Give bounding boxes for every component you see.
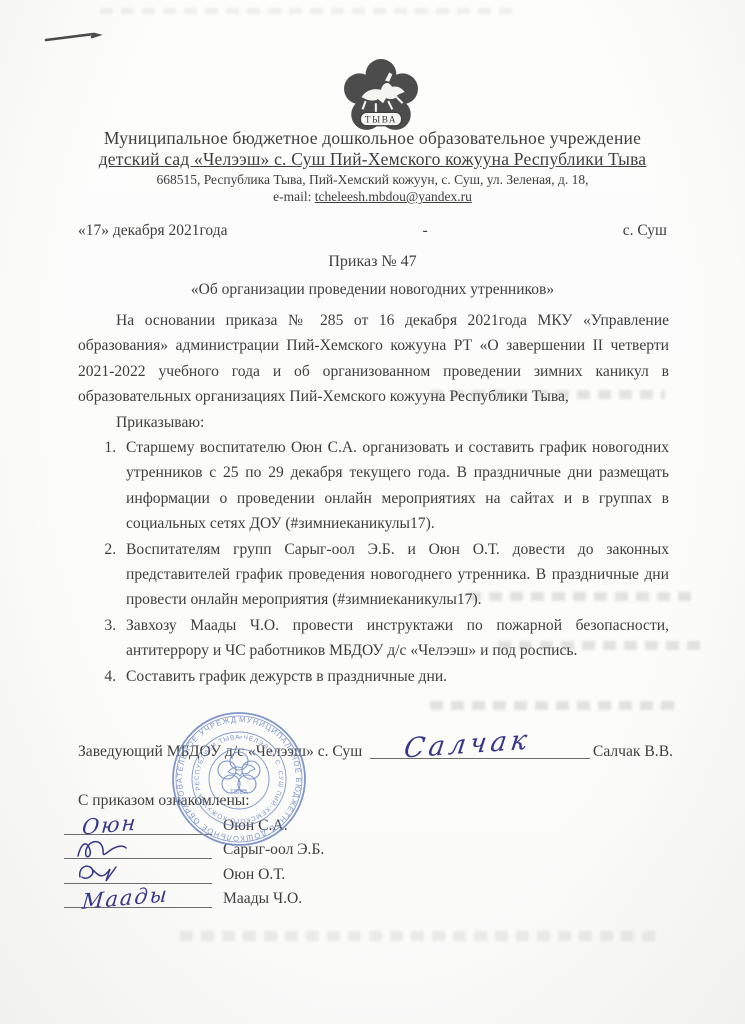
signature-line: Маады <box>64 883 212 909</box>
stamp-center-emblem <box>218 752 260 793</box>
order-item: Старшему воспитателю Оюн С.А. организова… <box>120 435 669 537</box>
org-name-line1: Муниципальное бюджетное дошкольное образ… <box>0 128 745 149</box>
official-round-stamp: МУНИЦИПАЛЬНОЕ БЮДЖЕТНОЕ ДОШКОЛЬНОЕ ОБРАЗ… <box>168 708 310 850</box>
scan-artifact <box>430 701 680 710</box>
tyva-emblem-logo: ТЫВА <box>336 58 426 134</box>
email-address: tcheleesh.mbdou@yandex.ru <box>315 189 472 204</box>
order-place: с. Суш <box>623 222 667 240</box>
org-header: Муниципальное бюджетное дошкольное образ… <box>0 128 745 205</box>
document-page: ТЫВА Муниципальное бюджетное дошкольное … <box>0 0 745 1024</box>
order-title: Приказ № 47 <box>0 253 745 271</box>
order-preamble: На основании приказа № 285 от 16 декабря… <box>78 308 669 410</box>
org-address: 668515, Республика Тыва, Пий-Хемский кож… <box>0 172 745 188</box>
order-directive: Приказываю: <box>78 410 669 435</box>
signatory-name: Оюн О.Т. <box>223 866 285 884</box>
signatory-name: Маады Ч.О. <box>223 890 302 908</box>
order-item: Воспитателям групп Сарыг-оол Э.Б. и Оюн … <box>120 537 669 613</box>
handwritten-signature: Маады <box>81 882 170 914</box>
order-item: Составить график дежурств в праздничные … <box>120 664 669 689</box>
signatory-row: Оюн О.Т. <box>64 859 324 884</box>
date-row-dash: - <box>423 222 428 240</box>
signature-line: Салчак <box>370 738 590 759</box>
scanned-order-document: { "logo": { "banner_text": "ТЫВА" }, "he… <box>0 0 745 1024</box>
stamp-center-text: ТЫВА <box>230 789 249 796</box>
order-date: «17» декабря 2021года <box>78 222 228 240</box>
order-body: На основании приказа № 285 от 16 декабря… <box>78 308 669 689</box>
date-place-row: «17» декабря 2021года - с. Суш <box>78 222 667 240</box>
logo-banner-text: ТЫВА <box>365 115 397 125</box>
signatory-row: Маады Маады Ч.О. <box>64 884 324 909</box>
signature-line <box>64 858 212 884</box>
scan-artifact <box>100 8 520 14</box>
head-signature-name: Салчак В.В. <box>593 743 673 761</box>
pen-mark-artifact <box>42 26 112 48</box>
org-name-line2: детский сад «Челээш» с. Суш Пий-Хемского… <box>0 149 745 170</box>
handwritten-signature-salchak: Салчак <box>402 724 533 764</box>
org-email-line: e-mail: tcheleesh.mbdou@yandex.ru <box>0 189 745 205</box>
logo-banner: ТЫВА <box>360 112 401 125</box>
order-subject: «Об организации проведении новогодних ут… <box>0 281 745 299</box>
order-items-list: Старшему воспитателю Оюн С.А. организова… <box>78 435 669 689</box>
email-label: e-mail: <box>273 189 315 204</box>
order-item: Завхозу Маады Ч.О. провести инструктажи … <box>120 613 669 664</box>
scan-artifact <box>180 931 655 941</box>
